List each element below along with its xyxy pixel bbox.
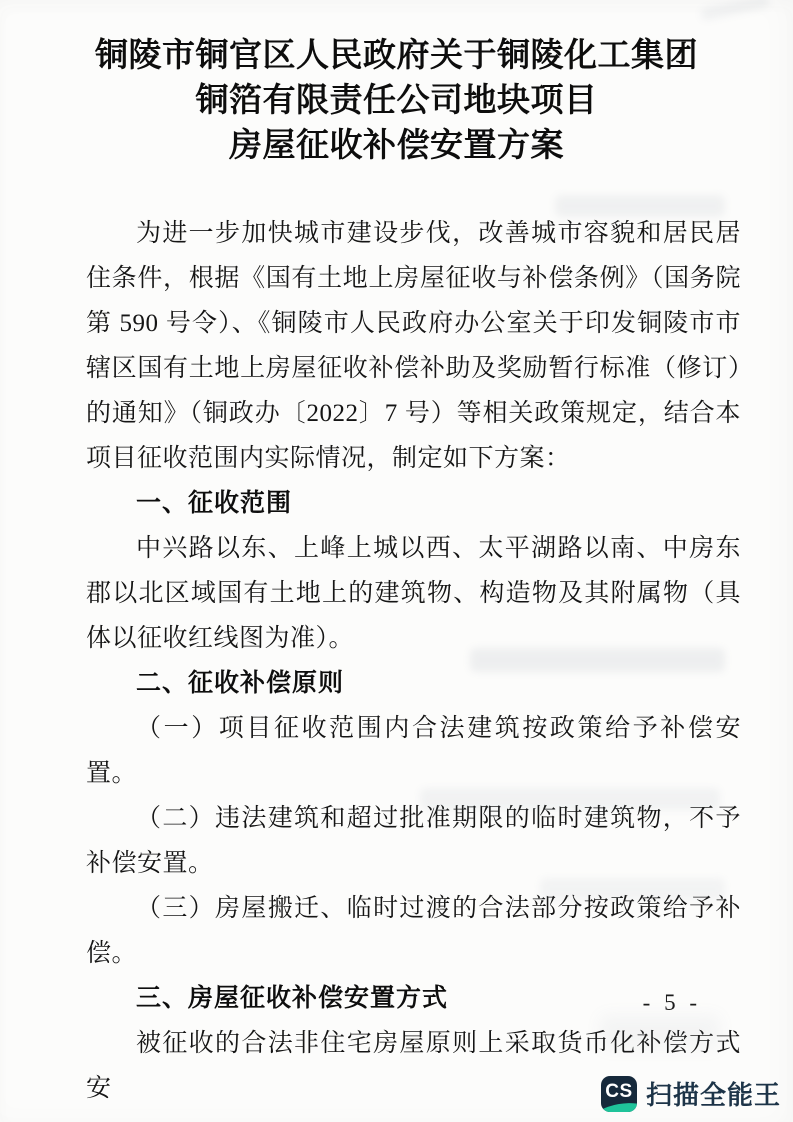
camscanner-label: 扫描全能王 bbox=[646, 1075, 781, 1112]
page-number: - 5 - bbox=[643, 990, 701, 1016]
title-line-2: 铜箔有限责任公司地块项目 bbox=[0, 79, 793, 124]
document-title: 铜陵市铜官区人民政府关于铜陵化工集团 铜箔有限责任公司地块项目 房屋征收补偿安置… bbox=[0, 34, 793, 169]
intro-paragraph: 为进一步加快城市建设步伐，改善城市容貌和居民居住条件，根据《国有土地上房屋征收与… bbox=[86, 211, 741, 481]
camscanner-icon-text: CS bbox=[605, 1081, 632, 1103]
title-line-3: 房屋征收补偿安置方案 bbox=[0, 124, 793, 169]
title-line-1: 铜陵市铜官区人民政府关于铜陵化工集团 bbox=[0, 34, 793, 79]
document-body: 为进一步加快城市建设步伐，改善城市容貌和居民居住条件，根据《国有土地上房屋征收与… bbox=[86, 211, 741, 1111]
section-2-heading: 二、征收补偿原则 bbox=[86, 661, 741, 706]
camscanner-icon: CS bbox=[601, 1076, 637, 1112]
section-2-item-1: （一）项目征收范围内合法建筑按政策给予补偿安置。 bbox=[86, 706, 741, 796]
scan-edge-mark bbox=[700, 0, 771, 21]
section-1-heading: 一、征收范围 bbox=[86, 481, 741, 526]
section-2-item-2: （二）违法建筑和超过批准期限的临时建筑物，不予补偿安置。 bbox=[86, 796, 741, 886]
section-1-paragraph: 中兴路以东、上峰上城以西、太平湖路以南、中房东郡以北区域国有土地上的建筑物、构造… bbox=[86, 526, 741, 661]
scanned-document-page: 铜陵市铜官区人民政府关于铜陵化工集团 铜箔有限责任公司地块项目 房屋征收补偿安置… bbox=[0, 0, 793, 1122]
section-2-item-3: （三）房屋搬迁、临时过渡的合法部分按政策给予补偿。 bbox=[86, 886, 741, 976]
camscanner-watermark: CS 扫描全能王 bbox=[601, 1075, 781, 1112]
